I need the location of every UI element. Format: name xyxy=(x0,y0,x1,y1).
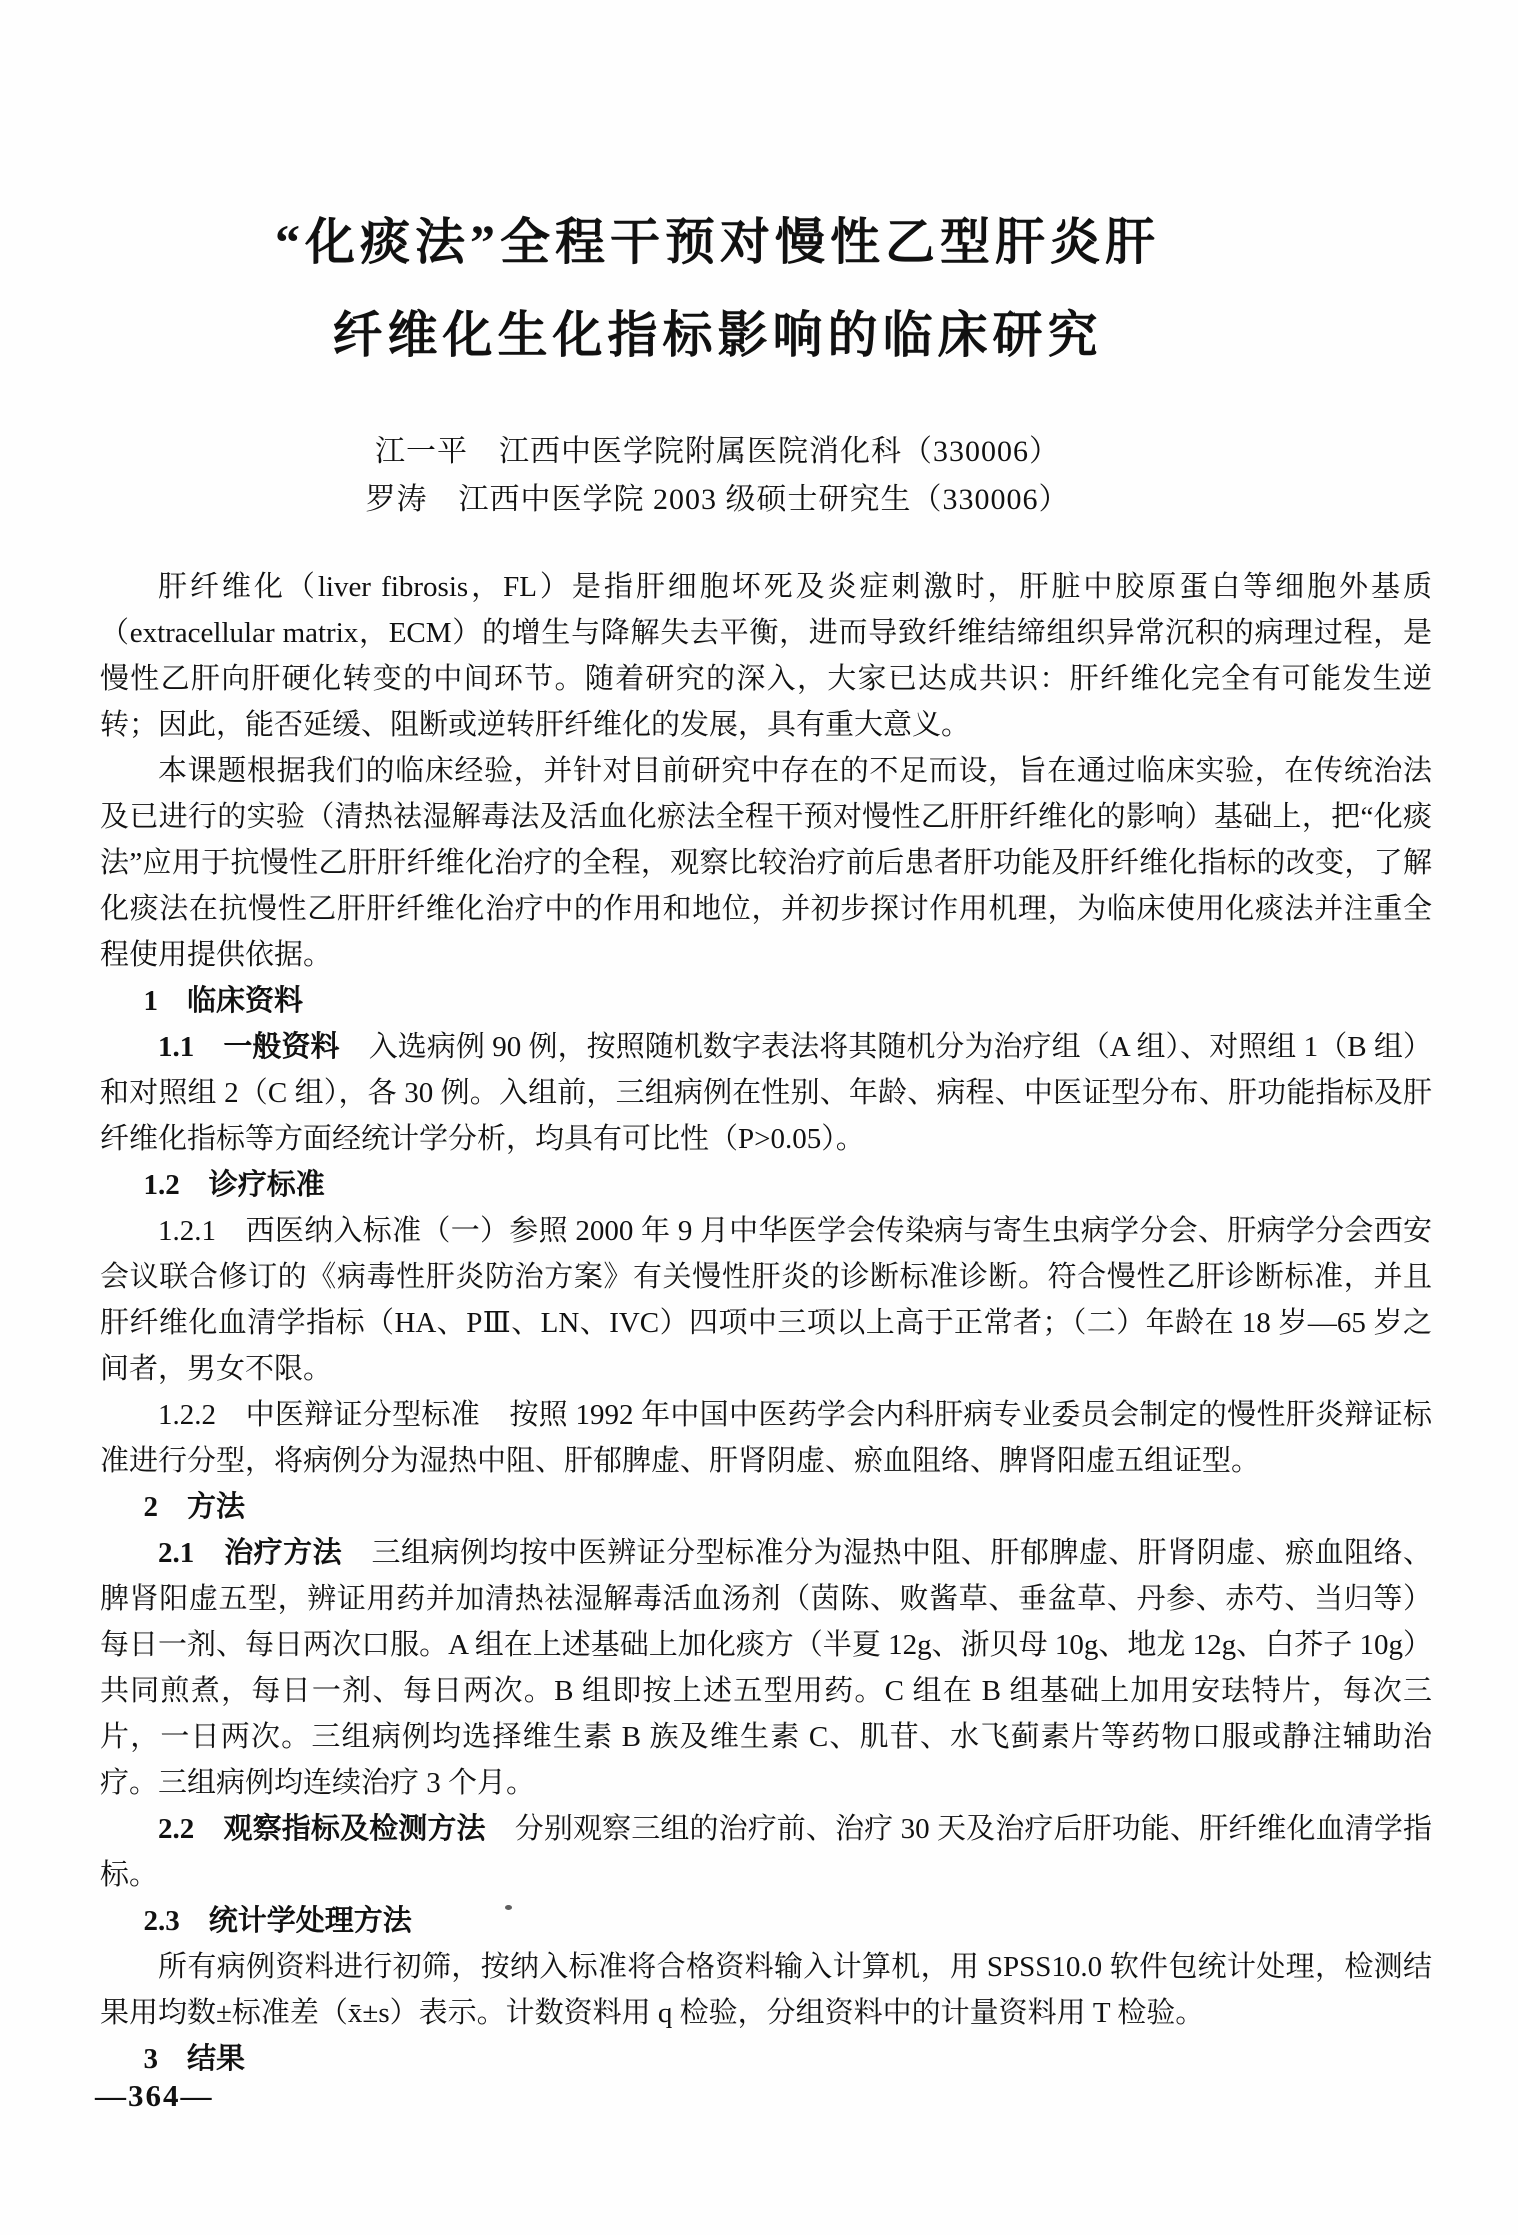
heading-results: 3 结果 xyxy=(100,2036,1432,2082)
paragraph-study-purpose: 本课题根据我们的临床经验，并针对目前研究中存在的不足而设，旨在通过临床实验，在传… xyxy=(100,748,1432,978)
author-line-2: 罗涛 江西中医学院 2003 级硕士研究生（330006） xyxy=(90,476,1345,524)
section-tcm-criteria: 1.2.2 中医辩证分型标准 按照 1992 年中国中医药学会内科肝病专业委员会… xyxy=(100,1392,1432,1484)
section-observation-method: 2.2 观察指标及检测方法 分别观察三组的治疗前、治疗 30 天及治疗后肝功能、… xyxy=(100,1806,1432,1898)
section-general-data-label: 1.1 一般资料 xyxy=(158,1031,369,1063)
paragraph-statistics-detail: 所有病例资料进行初筛，按纳入标准将合格资料输入计算机，用 SPSS10.0 软件… xyxy=(100,1944,1432,2036)
section-treatment-method-label: 2.1 治疗方法 xyxy=(158,1537,372,1569)
section-western-criteria-label: 1.2.1 西医纳入标准 xyxy=(158,1215,421,1247)
paper-title: “化痰法”全程干预对慢性乙型肝炎肝 纤维化生化指标影响的临床研究 xyxy=(90,196,1345,382)
paper-body: 肝纤维化（liver fibrosis，FL）是指肝细胞坏死及炎症刺激时，肝脏中… xyxy=(100,564,1432,2082)
section-general-data: 1.1 一般资料 入选病例 90 例，按照随机数字表法将其随机分为治疗组（A 组… xyxy=(100,1024,1432,1162)
title-line-2: 纤维化生化指标影响的临床研究 xyxy=(90,289,1345,382)
section-observation-method-label: 2.2 观察指标及检测方法 xyxy=(158,1813,515,1845)
subheading-statistics-method: 2.3 统计学处理方法 xyxy=(100,1898,1432,1944)
paragraph-fibrosis-intro: 肝纤维化（liver fibrosis，FL）是指肝细胞坏死及炎症刺激时，肝脏中… xyxy=(100,564,1432,748)
section-tcm-criteria-label: 1.2.2 中医辩证分型标准 xyxy=(158,1399,509,1431)
scanned-paper-page: “化痰法”全程干预对慢性乙型肝炎肝 纤维化生化指标影响的临床研究 江一平 江西中… xyxy=(0,0,1518,2235)
scan-artifact-dot xyxy=(505,1905,512,1910)
subheading-diagnostic-criteria: 1.2 诊疗标准 xyxy=(100,1162,1432,1208)
heading-methods: 2 方法 xyxy=(100,1484,1432,1530)
title-line-1: “化痰法”全程干预对慢性乙型肝炎肝 xyxy=(90,196,1345,289)
section-treatment-method-text: 三组病例均按中医辨证分型标准分为湿热中阻、肝郁脾虚、肝肾阴虚、瘀血阻络、脾肾阳虚… xyxy=(100,1537,1432,1799)
paper-header: “化痰法”全程干预对慢性乙型肝炎肝 纤维化生化指标影响的临床研究 江一平 江西中… xyxy=(90,196,1345,524)
section-western-criteria: 1.2.1 西医纳入标准（一）参照 2000 年 9 月中华医学会传染病与寄生虫… xyxy=(100,1208,1432,1392)
page-number: —364— xyxy=(95,2078,214,2114)
author-line-1: 江一平 江西中医学院附属医院消化科（330006） xyxy=(90,428,1345,476)
section-treatment-method: 2.1 治疗方法 三组病例均按中医辨证分型标准分为湿热中阻、肝郁脾虚、肝肾阴虚、… xyxy=(100,1530,1432,1806)
heading-clinical-data: 1 临床资料 xyxy=(100,978,1432,1024)
author-block: 江一平 江西中医学院附属医院消化科（330006） 罗涛 江西中医学院 2003… xyxy=(90,428,1345,524)
